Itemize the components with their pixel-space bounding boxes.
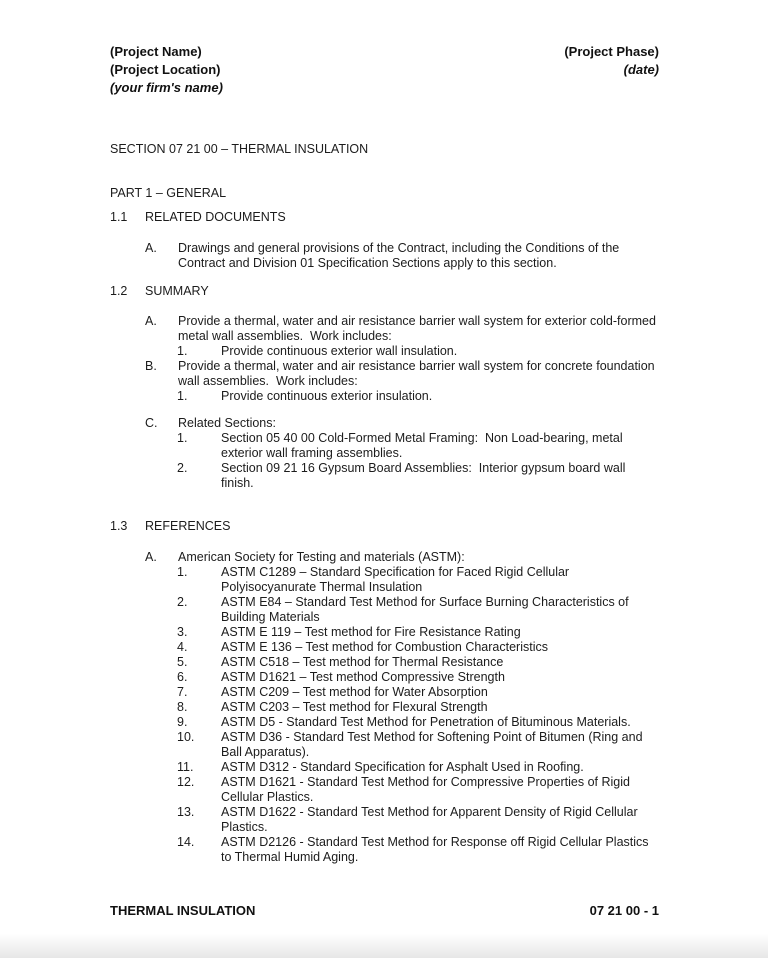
item-text: ASTM C1289 – Standard Specification for … <box>221 565 659 595</box>
page-header: (Project Name) (Project Location) (your … <box>110 43 659 97</box>
list-subitem: 14. ASTM D2126 - Standard Test Method fo… <box>110 835 659 865</box>
page-footer: THERMAL INSULATION 07 21 00 - 1 <box>110 903 659 918</box>
list-subitem: 9. ASTM D5 - Standard Test Method for Pe… <box>110 715 659 730</box>
item-text: ASTM D36 - Standard Test Method for Soft… <box>221 730 659 760</box>
item-marker: 8. <box>177 700 221 715</box>
item-marker: 12. <box>177 775 221 805</box>
item-marker: 1. <box>177 431 221 461</box>
article-title: REFERENCES <box>145 519 230 534</box>
list-subitem: 8. ASTM C203 – Test method for Flexural … <box>110 700 659 715</box>
item-text: Provide a thermal, water and air resista… <box>178 359 659 389</box>
item-marker: 6. <box>177 670 221 685</box>
page-content: (Project Name) (Project Location) (your … <box>0 0 768 865</box>
article-number: 1.2 <box>110 284 145 299</box>
item-marker: 9. <box>177 715 221 730</box>
item-text: ASTM C203 – Test method for Flexural Str… <box>221 700 659 715</box>
item-text: ASTM E84 – Standard Test Method for Surf… <box>221 595 659 625</box>
document-page: (Project Name) (Project Location) (your … <box>0 0 768 958</box>
article-heading-1-3: 1.3 REFERENCES <box>110 519 659 534</box>
item-marker: C. <box>145 416 178 431</box>
item-text: ASTM C518 – Test method for Thermal Resi… <box>221 655 659 670</box>
item-text: ASTM D2126 - Standard Test Method for Re… <box>221 835 659 865</box>
item-marker: 5. <box>177 655 221 670</box>
header-left-block: (Project Name) (Project Location) (your … <box>110 43 223 97</box>
item-text: ASTM C209 – Test method for Water Absorp… <box>221 685 659 700</box>
item-marker: 7. <box>177 685 221 700</box>
list-subitem: 7. ASTM C209 – Test method for Water Abs… <box>110 685 659 700</box>
footer-section-name: THERMAL INSULATION <box>110 903 255 918</box>
item-marker: 1. <box>177 565 221 595</box>
item-text: Section 09 21 16 Gypsum Board Assemblies… <box>221 461 659 491</box>
item-marker: A. <box>145 550 178 565</box>
list-subitem: 6. ASTM D1621 – Test method Compressive … <box>110 670 659 685</box>
item-marker: B. <box>145 359 178 389</box>
item-text: Provide a thermal, water and air resista… <box>178 314 659 344</box>
list-subitem: 3. ASTM E 119 – Test method for Fire Res… <box>110 625 659 640</box>
item-marker: 1. <box>177 389 221 404</box>
list-subitem: 12. ASTM D1621 - Standard Test Method fo… <box>110 775 659 805</box>
project-name: (Project Name) <box>110 43 223 61</box>
list-item: A. Drawings and general provisions of th… <box>110 241 659 271</box>
item-text: ASTM E 119 – Test method for Fire Resist… <box>221 625 659 640</box>
list-item: B. Provide a thermal, water and air resi… <box>110 359 659 389</box>
item-text: Provide continuous exterior insulation. <box>221 389 659 404</box>
item-marker: 2. <box>177 595 221 625</box>
list-subitem: 2. Section 09 21 16 Gypsum Board Assembl… <box>110 461 659 491</box>
header-right-block: (Project Phase) (date) <box>564 43 659 97</box>
firm-name: (your firm's name) <box>110 79 223 97</box>
item-text: Section 05 40 00 Cold-Formed Metal Frami… <box>221 431 659 461</box>
list-subitem: 4. ASTM E 136 – Test method for Combusti… <box>110 640 659 655</box>
date: (date) <box>564 61 659 79</box>
item-marker: 1. <box>177 344 221 359</box>
item-marker: 11. <box>177 760 221 775</box>
list-subitem: 1. Provide continuous exterior wall insu… <box>110 344 659 359</box>
item-text: Related Sections: <box>178 416 659 431</box>
item-text: ASTM E 136 – Test method for Combustion … <box>221 640 659 655</box>
list-item: C. Related Sections: <box>110 416 659 431</box>
item-marker: A. <box>145 314 178 344</box>
project-location: (Project Location) <box>110 61 223 79</box>
article-number: 1.1 <box>110 210 145 225</box>
article-heading-1-2: 1.2 SUMMARY <box>110 284 659 299</box>
part-title: PART 1 – GENERAL <box>110 186 659 201</box>
article-number: 1.3 <box>110 519 145 534</box>
footer-page-number: 07 21 00 - 1 <box>590 903 659 918</box>
article-title: SUMMARY <box>145 284 209 299</box>
list-subitem: 1. ASTM C1289 – Standard Specification f… <box>110 565 659 595</box>
list-subitem: 10. ASTM D36 - Standard Test Method for … <box>110 730 659 760</box>
item-marker: 10. <box>177 730 221 760</box>
section-title: SECTION 07 21 00 – THERMAL INSULATION <box>110 142 659 157</box>
item-text: ASTM D1621 – Test method Compressive Str… <box>221 670 659 685</box>
item-marker: A. <box>145 241 178 271</box>
item-text: Provide continuous exterior wall insulat… <box>221 344 659 359</box>
list-subitem: 13. ASTM D1622 - Standard Test Method fo… <box>110 805 659 835</box>
article-heading-1-1: 1.1 RELATED DOCUMENTS <box>110 210 659 225</box>
list-subitem: 2. ASTM E84 – Standard Test Method for S… <box>110 595 659 625</box>
list-item: A. Provide a thermal, water and air resi… <box>110 314 659 344</box>
list-subitem: 11. ASTM D312 - Standard Specification f… <box>110 760 659 775</box>
item-text: ASTM D5 - Standard Test Method for Penet… <box>221 715 659 730</box>
item-marker: 4. <box>177 640 221 655</box>
list-subitem: 5. ASTM C518 – Test method for Thermal R… <box>110 655 659 670</box>
item-marker: 3. <box>177 625 221 640</box>
item-marker: 13. <box>177 805 221 835</box>
item-text: ASTM D312 - Standard Specification for A… <box>221 760 659 775</box>
article-title: RELATED DOCUMENTS <box>145 210 286 225</box>
item-text: American Society for Testing and materia… <box>178 550 659 565</box>
project-phase: (Project Phase) <box>564 43 659 61</box>
item-marker: 14. <box>177 835 221 865</box>
list-subitem: 1. Section 05 40 00 Cold-Formed Metal Fr… <box>110 431 659 461</box>
item-text: ASTM D1621 - Standard Test Method for Co… <box>221 775 659 805</box>
item-text: Drawings and general provisions of the C… <box>178 241 659 271</box>
item-text: ASTM D1622 - Standard Test Method for Ap… <box>221 805 659 835</box>
list-subitem: 1. Provide continuous exterior insulatio… <box>110 389 659 404</box>
item-marker: 2. <box>177 461 221 491</box>
list-item: A. American Society for Testing and mate… <box>110 550 659 565</box>
